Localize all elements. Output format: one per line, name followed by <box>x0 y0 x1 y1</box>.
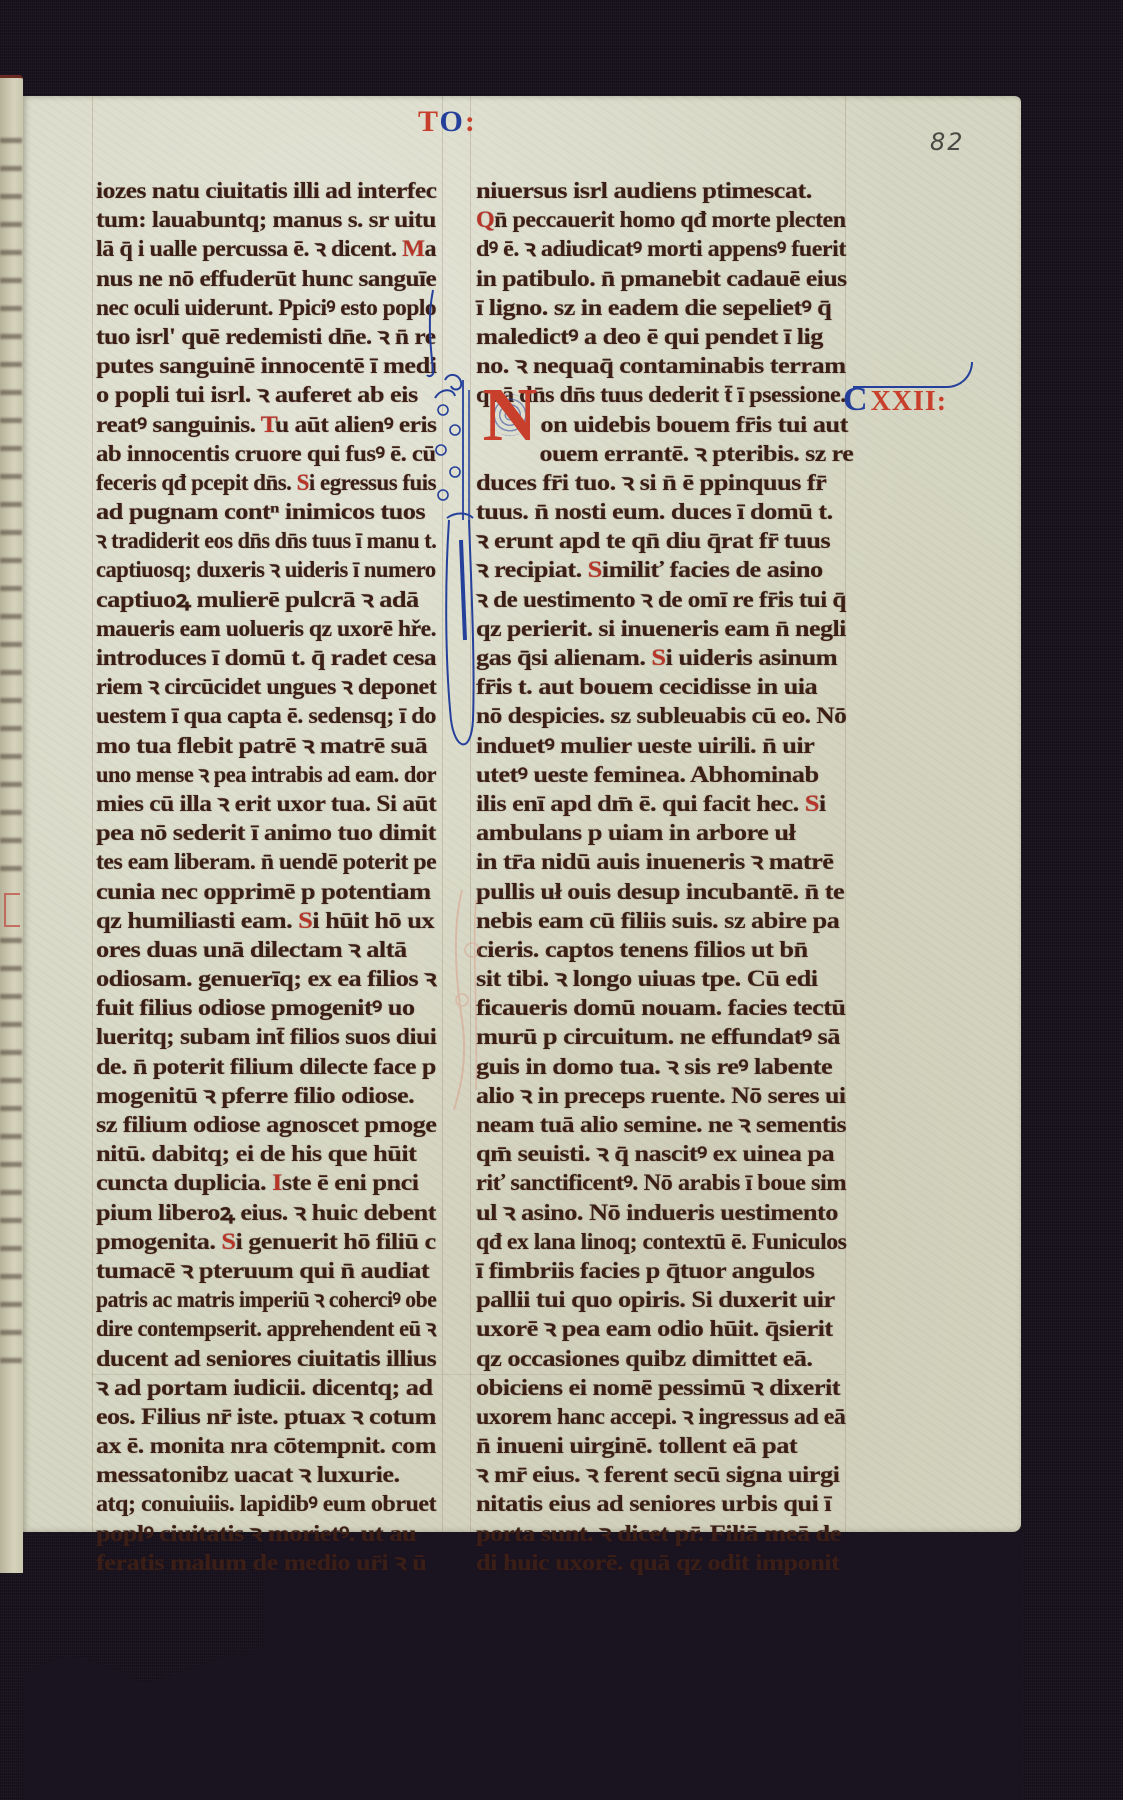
ghost-text-line <box>0 614 22 619</box>
text-line: tumacē ꝛ pteruum qui n̄ audiat <box>96 1256 487 1285</box>
text-line: pea nō sederit ī animo tuo dimit <box>96 818 487 847</box>
ghost-text-line <box>0 474 22 479</box>
text-line: cunia nec opprimē p potentiam <box>96 877 487 906</box>
text-line: lueritq; subam int̄ filios suos diui <box>96 1022 475 1051</box>
ghost-text-line <box>0 1358 22 1363</box>
text-line: maledictꝰ a deo ē qui pendet ī lig <box>476 322 902 351</box>
text-line: ducent ad seniores ciuitatis illius <box>96 1344 481 1373</box>
left-text-column: iozes natu ciuitatis illi ad interfectum… <box>96 176 436 1577</box>
text-line: feratis malum de medio ur̄i ꝛ ū <box>96 1548 487 1577</box>
text-line: murū p circuitum. ne effundatꝰ sā <box>476 1022 902 1051</box>
text-line: feceris qđ pcepit dn̄s. Si egressus fuis <box>96 468 435 497</box>
chapter-capitulum: C <box>843 384 869 416</box>
text-line: ul ꝛ asino. Nō indueris uestimento <box>476 1198 902 1227</box>
text-line: tuus. n̄ nosti eum. duces ī domū t. <box>476 497 902 526</box>
text-line: ax ē. monita nra cōtempnit. com <box>96 1431 480 1460</box>
text-line: uestem ī qua capta ē. sedensq; ī do <box>96 701 457 730</box>
text-line: qz perierit. si inueneris eam n̄ negli <box>476 614 896 643</box>
text-line: fuit filius odiose pmogenitꝰ uo <box>96 993 487 1022</box>
text-line: iozes natu ciuitatis illi ad interfec <box>96 176 475 205</box>
ghost-text-line <box>0 530 22 535</box>
ghost-text-line <box>0 194 22 199</box>
ghost-text-line <box>0 586 22 591</box>
rubric-mark: M <box>402 236 424 261</box>
ghost-text-line <box>0 642 22 647</box>
text-line: ī fimbriis facies p q̄tuor angulos <box>476 1256 902 1285</box>
ghost-text-line <box>0 866 22 871</box>
initial-letter: N <box>483 373 538 457</box>
text-line: ficaueris domū nouam. facies tectū <box>476 993 899 1022</box>
text-line: atq; conuiuiis. lapidibꝰ eum obruet <box>96 1489 453 1518</box>
text-line: qz humiliasti eam. Si hūit hō ux <box>96 906 487 935</box>
text-line: in patibulo. n̄ pmanebit cadauē eius <box>476 264 890 293</box>
text-line: nitatis eius ad seniores urbis qui ī <box>476 1489 902 1518</box>
rubric-mark: Q <box>476 207 494 232</box>
running-head-punctus: : <box>465 105 477 138</box>
folio-number: 82 <box>930 128 965 156</box>
rubric-mark: T <box>261 412 275 437</box>
ghost-text-line <box>0 306 22 311</box>
text-line: ꝛ de uestimento ꝛ de omī re fr̄is tui q̄ <box>476 585 881 614</box>
text-line: qz occasiones quibz dimittet eā. <box>476 1344 902 1373</box>
ghost-initial <box>4 893 20 927</box>
ghost-text-line <box>0 1050 22 1055</box>
text-line: dire contempserit. apprehendent eū ꝛ <box>96 1314 428 1343</box>
chapter-suffix: : <box>937 386 947 417</box>
text-line: sz filium odiose agnoscet pmoge <box>96 1110 487 1139</box>
text-line: ꝛ erunt apd te qn̄ diu q̄rat fr̄ tuus <box>476 526 902 555</box>
ghost-text-line <box>0 1162 22 1167</box>
text-line: alio ꝛ in preceps ruente. Nō seres ui <box>476 1081 893 1110</box>
text-line: nebis eam cū filiis suis. sz abire pa <box>476 906 902 935</box>
ghost-text-line <box>0 966 22 971</box>
text-line: pmogenita. Si genuerit hō filiū c <box>96 1227 485 1256</box>
text-line: porta sunt. ꝛ dicet pr̄. Filiā meā de <box>476 1519 902 1548</box>
text-line: mies cū illa ꝛ erit uxor tua. Si aūt <box>96 789 474 818</box>
text-line: riť sanctificentꝰ. Nō arabis ī boue sim <box>476 1168 869 1197</box>
text-line: ab innocentis cruore qui fusꝰ ē. cū <box>96 439 463 468</box>
text-line: pium liberoꝝ eius. ꝛ huic debent <box>96 1198 484 1227</box>
ghost-text-line <box>0 782 22 787</box>
text-line: uno mense ꝛ pea intrabis ad eam. dor <box>96 760 428 789</box>
text-line: ꝛ recipiat. Similiť facies de asino <box>476 555 902 584</box>
chapter-numeral: XXII <box>871 386 937 417</box>
text-line: captiuosq; duxeris ꝛ uideris ī numero <box>96 555 429 584</box>
text-line: Qn̄ peccauerit homo qđ morte plecten <box>476 205 863 234</box>
ghost-text-line <box>0 1302 22 1307</box>
text-line: uxorē ꝛ pea eam odio hūit. q̄sierit <box>476 1314 902 1343</box>
text-line: ꝛ tradiderit eos dn̄s dn̄s tuus ī manu t… <box>96 526 425 555</box>
offset-ghost-ornament <box>432 890 502 1110</box>
text-line: nō despicies. sz subleuabis cū eo. Nō <box>476 701 886 730</box>
running-head-letter-o: O <box>439 105 464 138</box>
text-line: pallii tui quo opiris. Si duxerit uir <box>476 1285 902 1314</box>
ghost-text-line <box>0 390 22 395</box>
ghost-text-line <box>0 362 22 367</box>
ghost-text-line <box>0 446 22 451</box>
text-line: poplꝰ ciuitatis ꝛ morietꝰ. ut au <box>96 1519 487 1548</box>
text-line: ores duas unā dilectam ꝛ altā <box>96 935 487 964</box>
text-line: lā q̄ i ualle percussa ē. ꝛ dicent. Ma <box>96 234 454 263</box>
text-line: mogenitū ꝛ pferre filio odiose. <box>96 1081 487 1110</box>
chapter-marker: CXXII: <box>843 384 955 416</box>
running-head-letter-t: T <box>418 105 439 138</box>
text-line: fr̄is t. aut bouem cecidisse in uia <box>476 672 902 701</box>
text-line: induetꝰ mulier ueste uirili. n̄ uir <box>476 731 902 760</box>
ghost-text-line <box>0 502 22 507</box>
ghost-text-line <box>0 1134 22 1139</box>
text-line: utetꝰ ueste feminea. Abhominab <box>476 760 902 789</box>
ghost-text-line <box>0 1246 22 1251</box>
ghost-text-line <box>0 166 22 171</box>
text-line: tum: lauabuntq; manus s. sr uitu <box>96 205 472 234</box>
text-line: duces fr̄i tuo. ꝛ si n̄ ē ppinquus fr̄ <box>476 468 902 497</box>
ghost-text-line <box>0 418 22 423</box>
text-line: messatonibz uacat ꝛ luxurie. <box>96 1460 487 1489</box>
text-line: cuncta duplicia. Iste ē eni pnci <box>96 1168 487 1197</box>
ghost-text-line <box>0 558 22 563</box>
text-line: ꝛ ad portam iudicii. dicentq; ad <box>96 1373 487 1402</box>
ghost-text-line <box>0 222 22 227</box>
ruling-line <box>92 96 93 1532</box>
rubric-mark: S <box>651 645 665 670</box>
ghost-text-line <box>0 1190 22 1195</box>
ghost-text-line <box>0 838 22 843</box>
ghost-text-line <box>0 1274 22 1279</box>
text-line: odiosam. genuerīq; ex ea filios ꝛ <box>96 964 487 993</box>
text-line: tuo isrl' quē redemisti dn̄e. ꝛ n̄ re <box>96 322 474 351</box>
rubric-mark: S <box>297 470 309 495</box>
text-line: neam tuā alio semine. ne ꝛ sementis <box>476 1110 891 1139</box>
text-line: in tr̄a nidū auis inueneris ꝛ matrē <box>476 847 902 876</box>
ghost-text-line <box>0 938 22 943</box>
ghost-text-line <box>0 1106 22 1111</box>
text-line: nec oculi uiderunt. Ppiciꝰ esto poplo <box>96 293 442 322</box>
text-line: maueris eam uolueris qz uxorē hře. <box>96 614 447 643</box>
rubric-mark: S <box>805 791 819 816</box>
text-line: de. n̄ poterit filium dilecte face p <box>96 1052 481 1081</box>
ghost-text-line <box>0 698 22 703</box>
ghost-text-line <box>0 994 22 999</box>
ghost-text-line <box>0 726 22 731</box>
text-line: tes eam liberam. n̄ uendē poterit pe <box>96 847 449 876</box>
text-line: gas q̄si alienam. Si uideris asinum <box>476 643 902 672</box>
ghost-text-line <box>0 138 22 143</box>
text-line: nus ne nō effuderūt hunc sanguīe <box>96 264 470 293</box>
rubric-mark: S <box>221 1229 235 1254</box>
ghost-text-line <box>0 1218 22 1223</box>
text-line: di huic uxorē. quā qz odit imponit <box>476 1548 902 1577</box>
text-line: cieris. captos tenens filios ut bn̄ <box>476 935 902 964</box>
text-line: dꝰ ē. ꝛ adiudicatꝰ morti appensꝰ fuerit <box>476 234 865 263</box>
chapter-flourish <box>853 362 973 388</box>
ghost-text-line <box>0 670 22 675</box>
text-line: nitū. dabitq; ei de his que hūit <box>96 1139 487 1168</box>
text-line: uxorem hanc accepi. ꝛ ingressus ad eā <box>476 1402 864 1431</box>
rubric-mark: I <box>272 1170 282 1195</box>
text-line: introduces ī domū t. q̄ radet cesa <box>96 643 477 672</box>
text-line: ꝛ mr̄ eius. ꝛ ferent secū signa uirgi <box>476 1460 902 1489</box>
ghost-text-line <box>0 334 22 339</box>
text-line: qm̄ seuisti. ꝛ q̄ nascitꝰ ex uinea pa <box>476 1139 902 1168</box>
rubric-mark: S <box>588 557 602 582</box>
text-line: qđ ex lana linoq; contextū ē. Funiculos <box>476 1227 859 1256</box>
text-line: sit tibi. ꝛ longo uiuas tpe. Cū edi <box>476 964 902 993</box>
ghost-text-line <box>0 810 22 815</box>
text-line: patris ac matris imperiū ꝛ coherciꝰ obe <box>96 1285 416 1314</box>
text-line: guis in domo tua. ꝛ sis reꝰ labente <box>476 1052 902 1081</box>
text-line: pullis uł ouis desup incubantē. n̄ te <box>476 877 902 906</box>
text-line: obiciens ei nomē pessimū ꝛ dixerit <box>476 1373 902 1402</box>
ghost-text-line <box>0 250 22 255</box>
torn-corner <box>23 1648 263 1800</box>
text-line: n̄ inueni uirginē. tollent eā pat <box>476 1431 902 1460</box>
ghost-text-line <box>0 1022 22 1027</box>
running-head: TO: <box>418 105 477 139</box>
text-line: ilis enī apd dm̄ ē. qui facit hec. Si <box>476 789 902 818</box>
rubric-mark: S <box>298 908 312 933</box>
text-line: reatꝰ sanguinis. Tu aūt alienꝰ eris <box>96 410 474 439</box>
ghost-text-line <box>0 278 22 283</box>
text-line: eos. Filius nr̄ iste. ptuax ꝛ cotum <box>96 1402 483 1431</box>
text-line: ambulans p uiam in arbore uł <box>476 818 902 847</box>
ghost-text-line <box>0 1330 22 1335</box>
text-line: ī ligno. sz in eadem die sepelietꝰ q̄ <box>476 293 902 322</box>
text-line: riem ꝛ circūcidet ungues ꝛ deponet <box>96 672 454 701</box>
ghost-text-line <box>0 754 22 759</box>
previous-leaf-edge <box>0 75 23 1573</box>
ghost-text-line <box>0 1078 22 1083</box>
decorated-initial-n: N <box>476 384 544 446</box>
pen-flourish-ornament <box>425 280 495 760</box>
text-line: no. ꝛ nequaq̄ contaminabis terram <box>476 351 902 380</box>
text-line: niuersus isrl audiens ptimescat. <box>476 176 902 205</box>
